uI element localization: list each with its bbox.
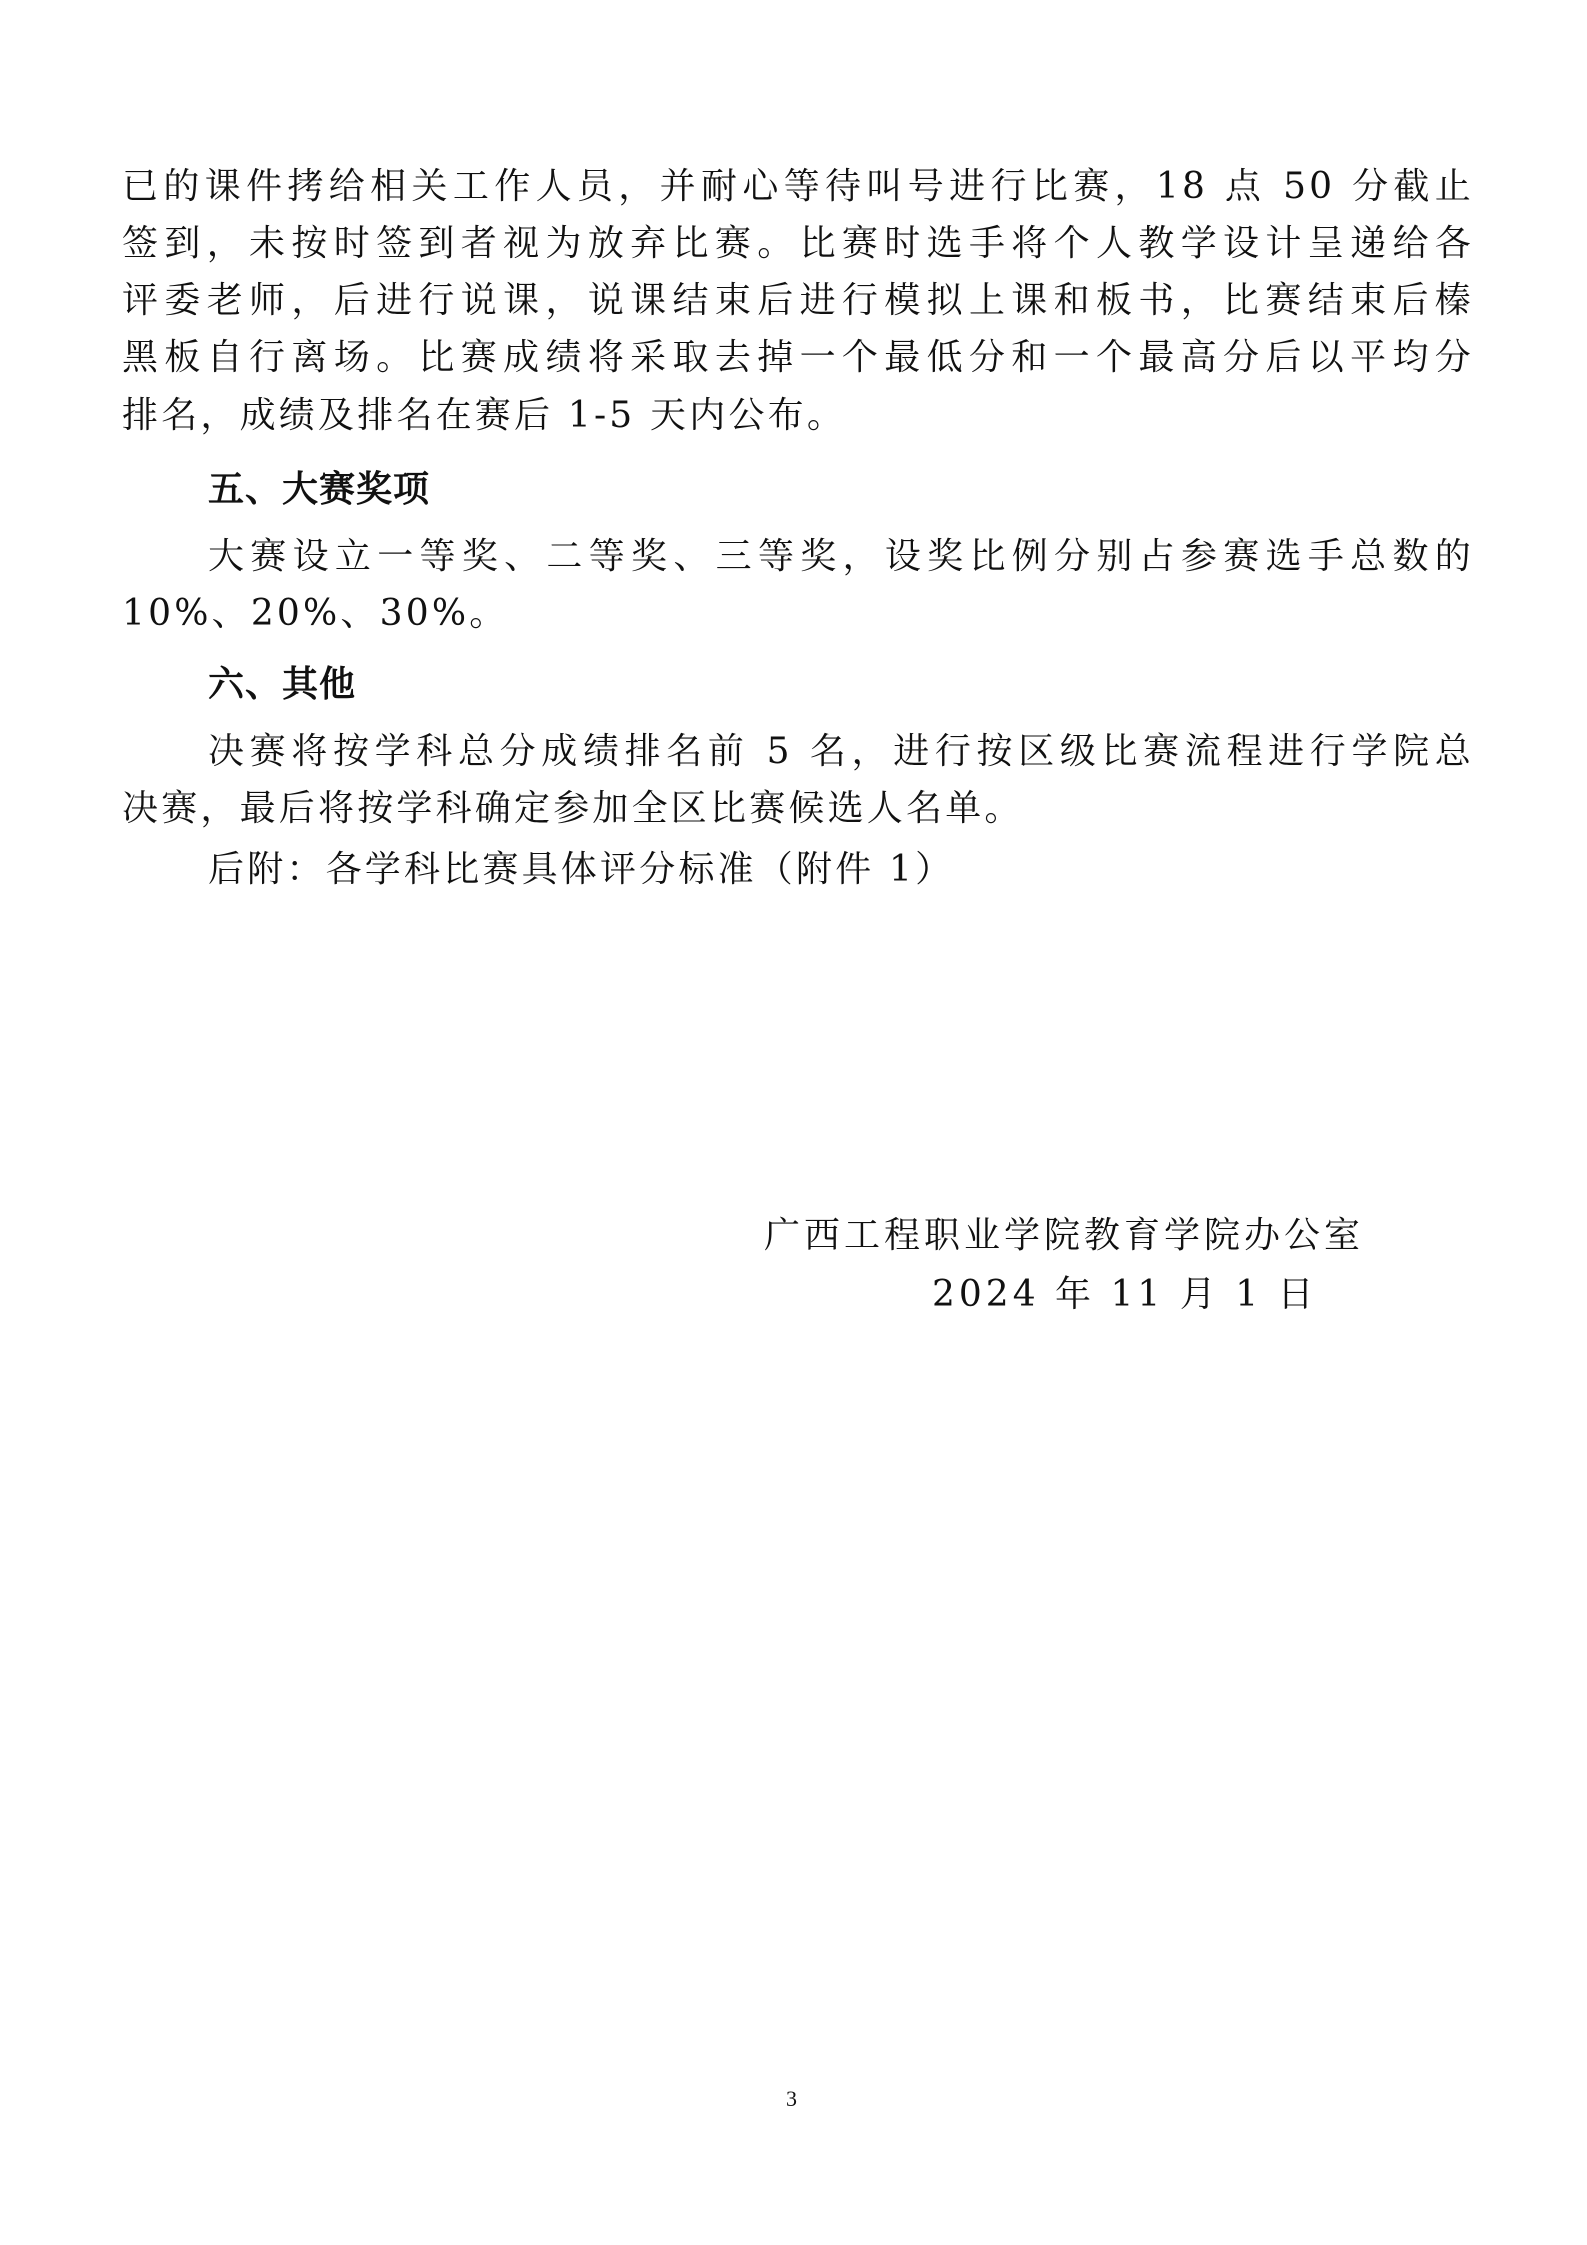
- attachment-note: 后附：各学科比赛具体评分标准（附件 1）: [208, 848, 1474, 892]
- body-line: 排名，成绩及排名在赛后 1-5 天内公布。: [122, 394, 1474, 438]
- body-line: 签到，未按时签到者视为放弃比赛。比赛时选手将个人教学设计呈递给各: [122, 222, 1474, 266]
- section-heading-awards: 五、大赛奖项: [208, 468, 430, 512]
- body-line: 决赛，最后将按学科确定参加全区比赛候选人名单。: [122, 787, 1474, 831]
- body-line: 已的课件拷给相关工作人员，并耐心等待叫号进行比赛，18 点 50 分截止: [122, 165, 1474, 209]
- body-line: 决赛将按学科总分成绩排名前 5 名，进行按区级比赛流程进行学院总: [208, 730, 1474, 774]
- body-line: 10%、20%、30%。: [122, 592, 1474, 636]
- body-line: 评委老师，后进行说课，说课结束后进行模拟上课和板书，比赛结束后榛: [122, 279, 1474, 323]
- body-line: 黑板自行离场。比赛成绩将采取去掉一个最低分和一个最高分后以平均分: [122, 336, 1474, 380]
- section-heading-other: 六、其他: [208, 663, 356, 707]
- body-line: 大赛设立一等奖、二等奖、三等奖，设奖比例分别占参赛选手总数的: [208, 535, 1474, 579]
- signature-organization: 广西工程职业学院教育学院办公室: [764, 1214, 1364, 1258]
- document-page: 已的课件拷给相关工作人员，并耐心等待叫号进行比赛，18 点 50 分截止 签到，…: [0, 0, 1587, 2245]
- signature-date: 2024 年 11 月 1 日: [932, 1273, 1318, 1317]
- page-number: 3: [786, 2086, 797, 2112]
